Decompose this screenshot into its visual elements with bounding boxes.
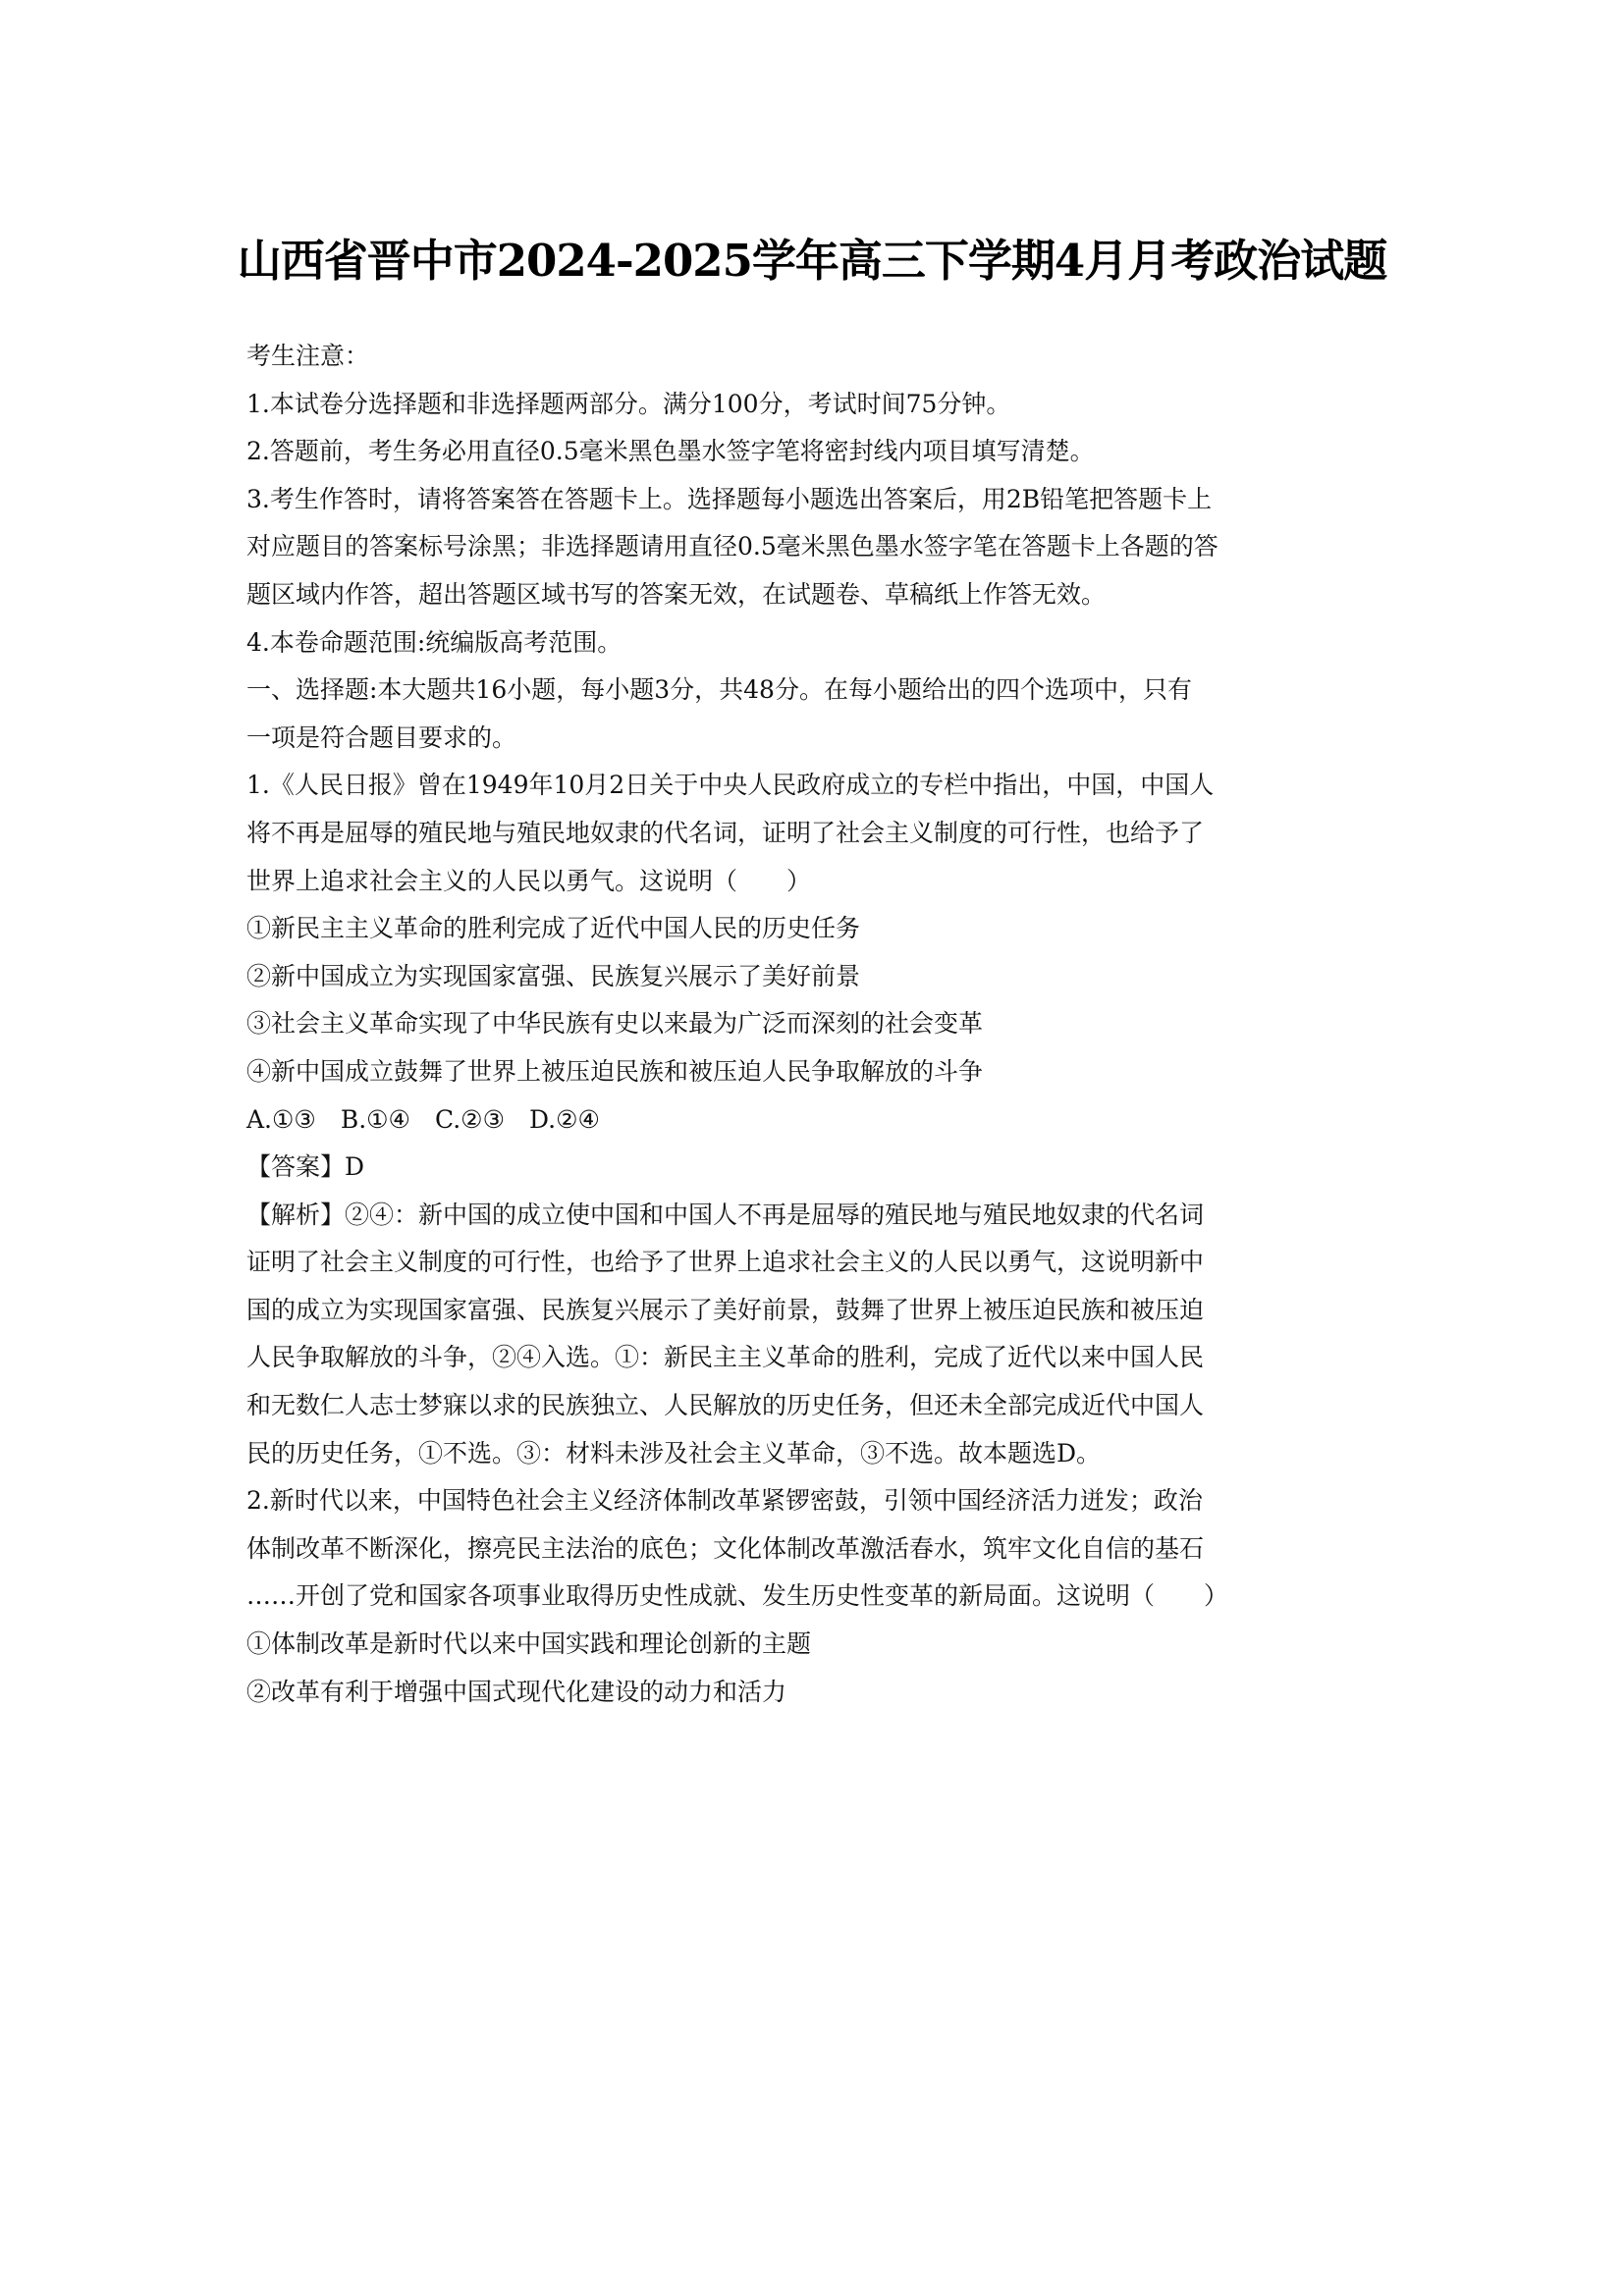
statement: ④新中国成立鼓舞了世界上被压迫民族和被压迫人民争取解放的斗争 [246,1048,1385,1096]
section-heading: 一项是符合题目要求的。 [246,715,1385,763]
statement: ③社会主义革命实现了中华民族有史以来最为广泛而深刻的社会变革 [246,1000,1385,1048]
notice-item: 对应题目的答案标号涂黑；非选择题请用直径0.5毫米黑色墨水签字笔在答题卡上各题的… [246,523,1385,571]
document-body: 考生注意： 1.本试卷分选择题和非选择题两部分。满分100分，考试时间75分钟。… [246,333,1385,1716]
answer-options: A.①③ B.①④ C.②③ D.②④ [246,1096,1385,1145]
analysis-line: 和无数仁人志士梦寐以求的民族独立、人民解放的历史任务，但还未全部完成近代中国人 [246,1382,1385,1430]
analysis-line: 证明了社会主义制度的可行性，也给予了世界上追求社会主义的人民以勇气，这说明新中 [246,1239,1385,1287]
statement: ②改革有利于增强中国式现代化建设的动力和活力 [246,1669,1385,1717]
answer-key: 【答案】D [246,1144,1385,1192]
question-stem: 世界上追求社会主义的人民以勇气。这说明（ ） [246,858,1385,906]
analysis-line: 【解析】②④：新中国的成立使中国和中国人不再是屈辱的殖民地与殖民地奴隶的代名词 [246,1192,1385,1240]
analysis-line: 国的成立为实现国家富强、民族复兴展示了美好前景，鼓舞了世界上被压迫民族和被压迫 [246,1287,1385,1335]
question-2: 2.新时代以来，中国特色社会主义经济体制改革紧锣密鼓，引领中国经济活力迸发；政治… [246,1477,1385,1716]
page-title: 山西省晋中市2024-2025学年高三下学期4月月考政治试题 [0,232,1624,291]
question-1: 1.《人民日报》曾在1949年10月2日关于中央人民政府成立的专栏中指出，中国，… [246,762,1385,1477]
notice-item: 题区域内作答，超出答题区域书写的答案无效，在试题卷、草稿纸上作答无效。 [246,571,1385,619]
statement: ①新民主主义革命的胜利完成了近代中国人民的历史任务 [246,905,1385,953]
question-stem: 2.新时代以来，中国特色社会主义经济体制改革紧锣密鼓，引领中国经济活力迸发；政治 [246,1477,1385,1525]
notice-item: 2.答题前，考生务必用直径0.5毫米黑色墨水签字笔将密封线内项目填写清楚。 [246,428,1385,476]
question-stem: ……开创了党和国家各项事业取得历史性成就、发生历史性变革的新局面。这说明（ ） [246,1573,1385,1621]
question-stem: 将不再是屈辱的殖民地与殖民地奴隶的代名词，证明了社会主义制度的可行性，也给予了 [246,810,1385,858]
analysis-line: 人民争取解放的斗争，②④入选。①：新民主主义革命的胜利，完成了近代以来中国人民 [246,1334,1385,1382]
question-stem: 体制改革不断深化，擦亮民主法治的底色；文化体制改革激活春水，筑牢文化自信的基石 [246,1525,1385,1574]
analysis-line: 民的历史任务，①不选。③：材料未涉及社会主义革命，③不选。故本题选D。 [246,1430,1385,1478]
statement: ①体制改革是新时代以来中国实践和理论创新的主题 [246,1621,1385,1669]
notice-heading: 考生注意： [246,333,1385,381]
document-page: 山西省晋中市2024-2025学年高三下学期4月月考政治试题 考生注意： 1.本… [0,0,1624,2296]
question-stem: 1.《人民日报》曾在1949年10月2日关于中央人民政府成立的专栏中指出，中国，… [246,762,1385,810]
notice-item: 4.本卷命题范围:统编版高考范围。 [246,619,1385,667]
statement: ②新中国成立为实现国家富强、民族复兴展示了美好前景 [246,953,1385,1001]
section-heading: 一、选择题:本大题共16小题，每小题3分，共48分。在每小题给出的四个选项中，只… [246,667,1385,715]
notice-item: 3.考生作答时，请将答案答在答题卡上。选择题每小题选出答案后，用2B铅笔把答题卡… [246,476,1385,524]
notice-item: 1.本试卷分选择题和非选择题两部分。满分100分，考试时间75分钟。 [246,381,1385,429]
